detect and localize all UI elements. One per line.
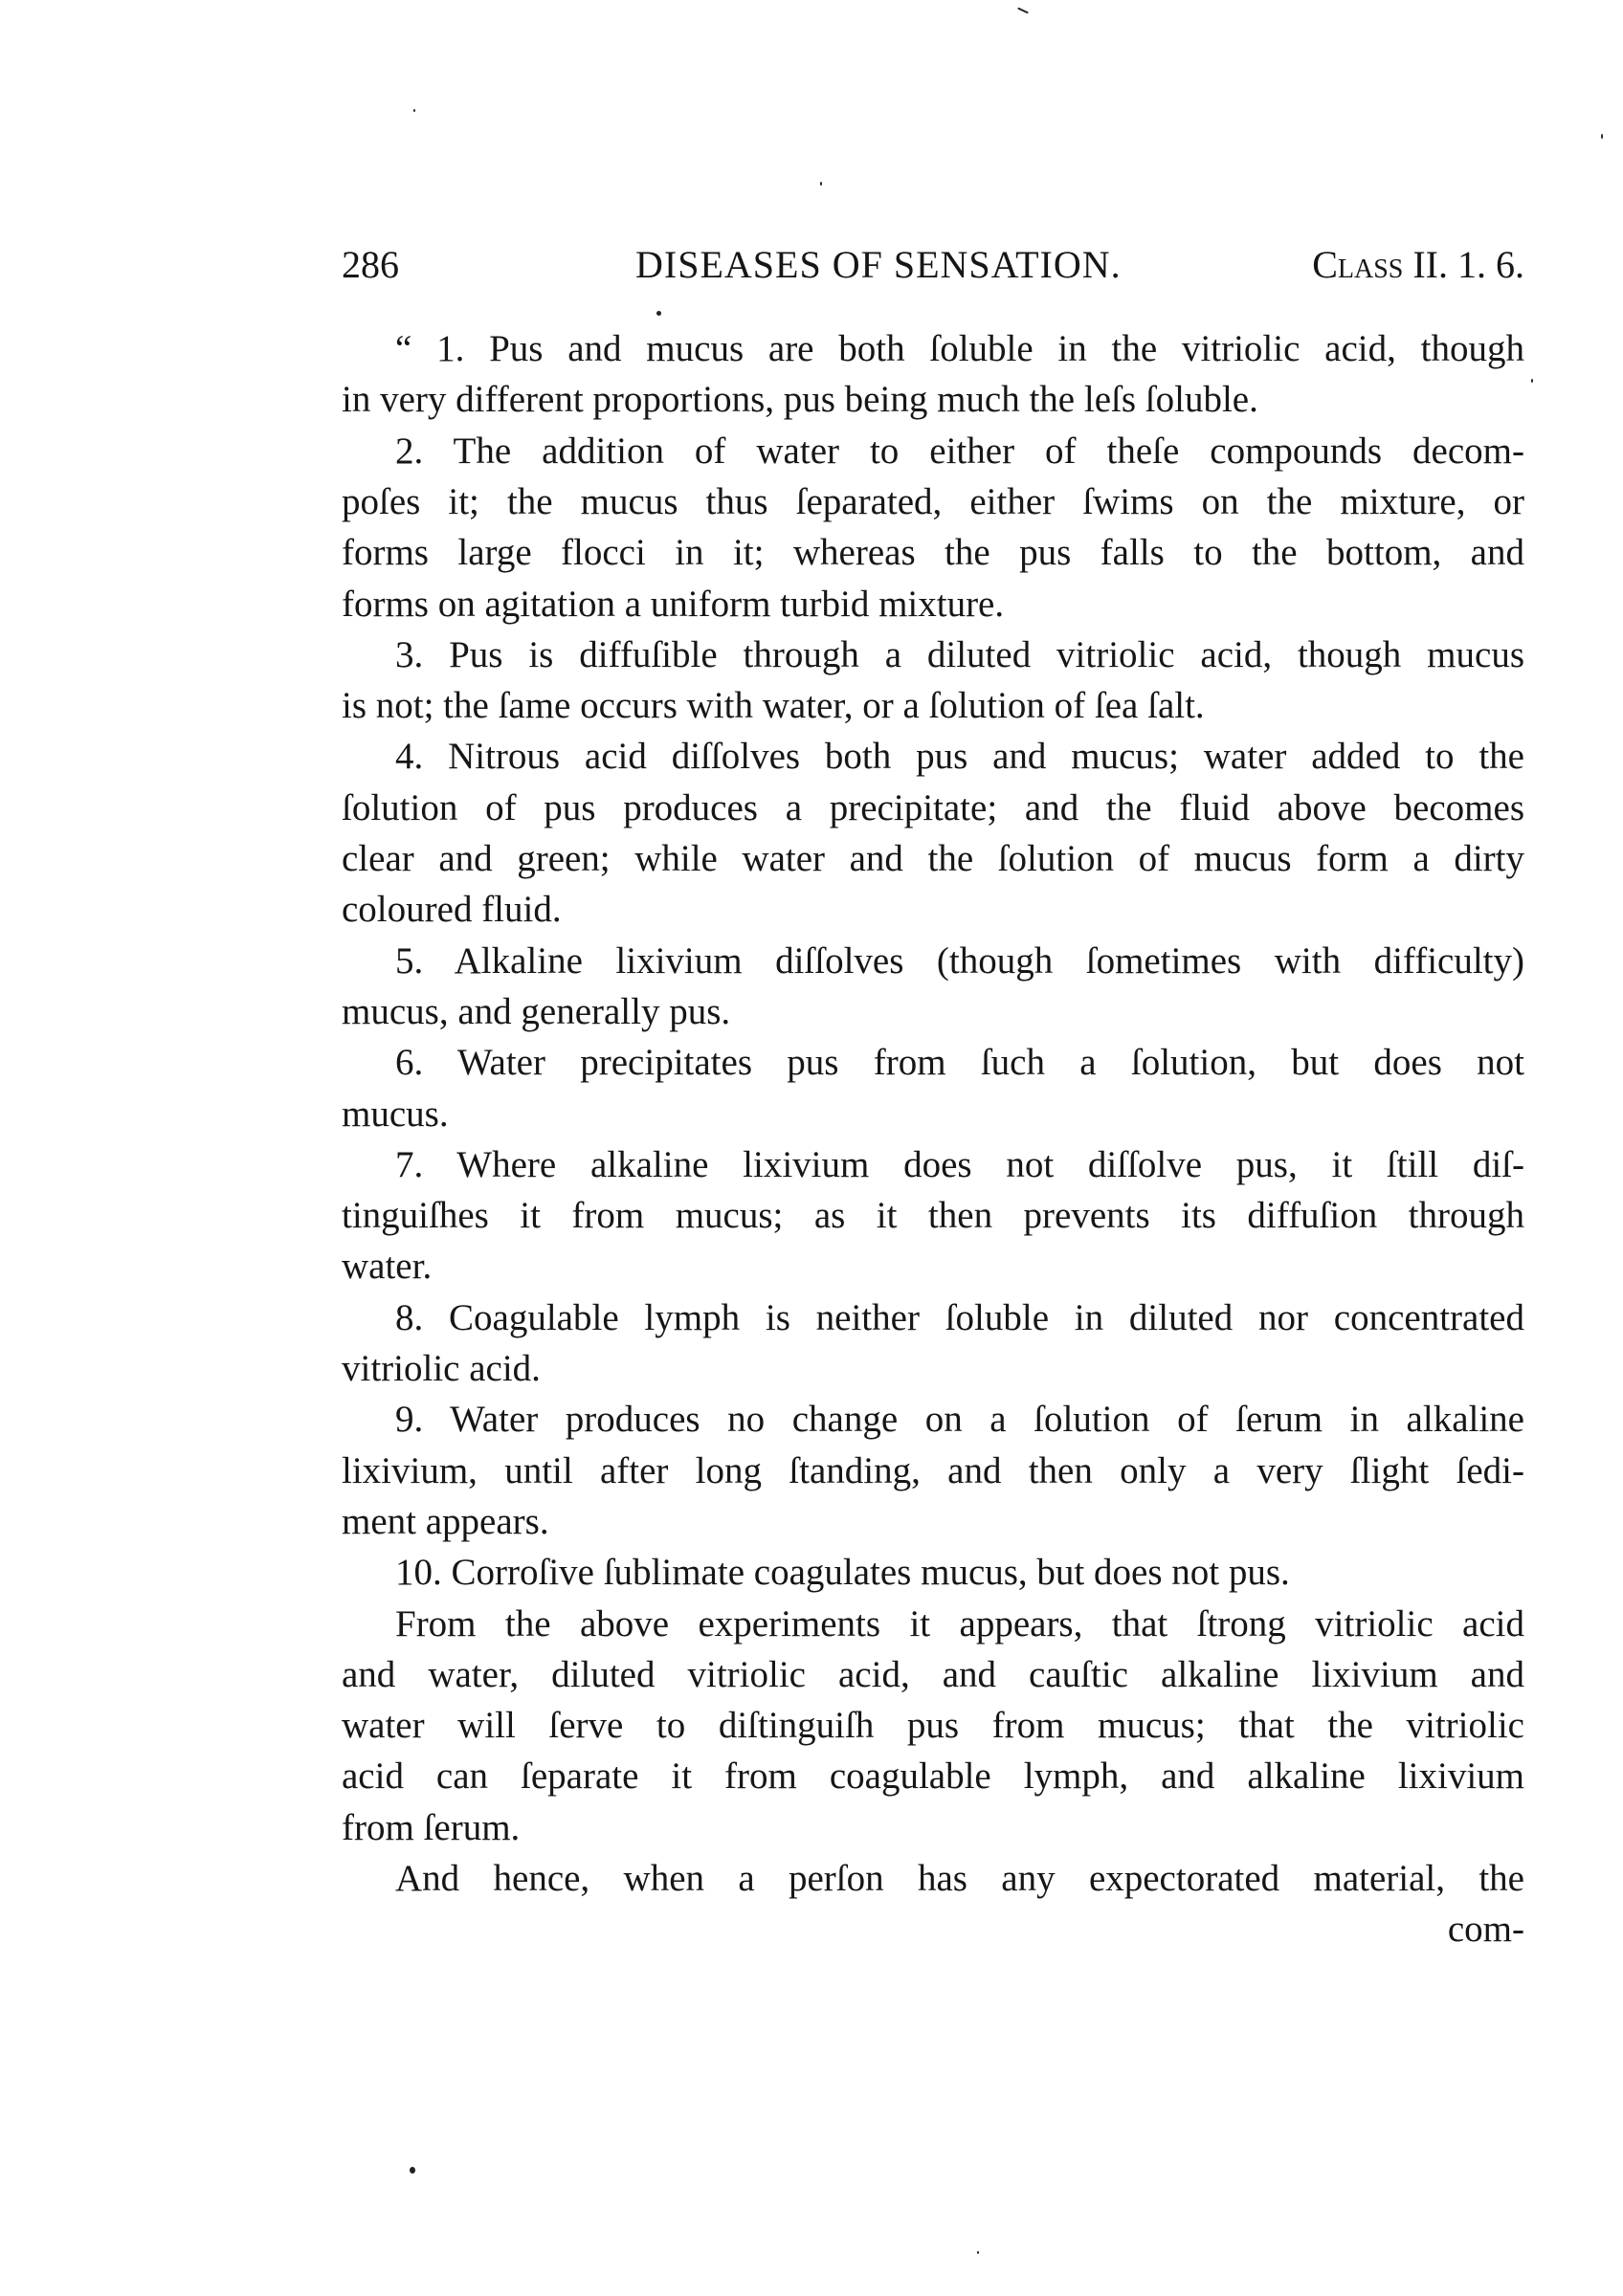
text-line: From the above experiments it appears, t… [395, 1599, 1524, 1649]
scan-speck [656, 311, 661, 316]
text-line: mucus, and generally pus. [342, 986, 1524, 1037]
scan-speck [1601, 134, 1603, 139]
text-line: is not; the ſame occurs with water, or a… [342, 680, 1524, 731]
text-line: coloured fluid. [342, 884, 1524, 935]
text-line: water will ſerve to diſtinguiſh pus from… [342, 1700, 1524, 1751]
text-line: 7. Where alkaline lixivium does not diſſ… [395, 1139, 1524, 1190]
text-line: 4. Nitrous acid diſſolves both pus and m… [395, 731, 1524, 782]
text-line: ment appears. [342, 1496, 1524, 1547]
text-line: acid can ſeparate it from coagulable lym… [342, 1751, 1524, 1801]
page-number: 286 [342, 241, 399, 289]
text-line: poſes it; the mucus thus ſeparated, eith… [342, 476, 1524, 527]
scan-speck [1017, 8, 1029, 14]
text-line: 9. Water produces no change on a ſolutio… [395, 1394, 1524, 1445]
scan-speck [977, 2251, 979, 2254]
text-line: mucus. [342, 1089, 1524, 1139]
text-line: forms on agitation a uniform turbid mixt… [342, 579, 1524, 629]
scan-speck [1531, 379, 1533, 383]
text-line: tinguiſhes it from mucus; as it then pre… [342, 1190, 1524, 1241]
text-line: And hence, when a perſon has any expecto… [395, 1853, 1524, 1904]
text-line: 5. Alkaline lixivium diſſolves (though ſ… [395, 936, 1524, 986]
catchword: com- [342, 1904, 1524, 1954]
scan-speck [820, 182, 822, 186]
text-line: 6. Water precipitates pus from ſuch a ſo… [395, 1037, 1524, 1088]
text-line: forms large flocci in it; whereas the pu… [342, 527, 1524, 578]
class-reference: Class II. 1. 6. [1312, 241, 1524, 289]
text-line: 8. Coagulable lymph is neither ſoluble i… [395, 1292, 1524, 1343]
book-page: 286 DISEASES OF SENSATION. Class II. 1. … [0, 0, 1623, 2296]
text-line: 2. The addition of water to either of th… [395, 426, 1524, 476]
text-line: ſolution of pus produces a precipitate; … [342, 783, 1524, 833]
scan-speck [410, 2167, 415, 2174]
text-line: and water, diluted vitriolic acid, and c… [342, 1649, 1524, 1700]
text-line: from ſerum. [342, 1802, 1524, 1853]
text-line: clear and green; while water and the ſol… [342, 833, 1524, 884]
text-line: lixivium, until after long ſtanding, and… [342, 1446, 1524, 1496]
text-line: in very different proportions, pus being… [342, 374, 1524, 425]
scan-speck [413, 109, 415, 112]
text-line: “ 1. Pus and mucus are both ſoluble in t… [395, 323, 1524, 374]
text-line: 3. Pus is diffuſible through a diluted v… [395, 629, 1524, 680]
text-line: 10. Corroſive ſublimate coagulates mucus… [395, 1547, 1524, 1598]
text-line: vitriolic acid. [342, 1343, 1524, 1394]
text-line: water. [342, 1241, 1524, 1291]
running-title: DISEASES OF SENSATION. [635, 241, 1122, 289]
running-header: 286 DISEASES OF SENSATION. Class II. 1. … [342, 241, 1524, 289]
